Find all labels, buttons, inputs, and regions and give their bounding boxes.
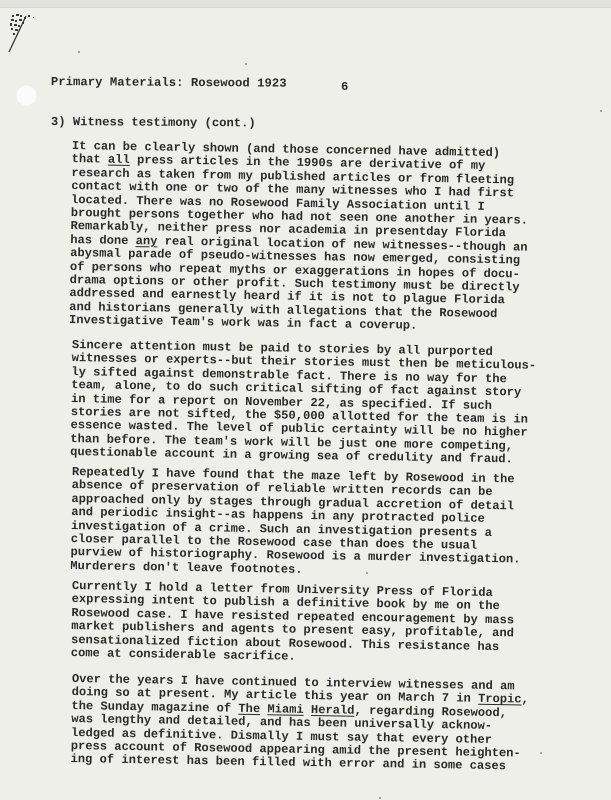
paragraph-press-articles: It can be clearly shown (and those conce… <box>69 140 572 336</box>
scan-top-edge <box>0 0 611 8</box>
paragraph-interviews: Over the years I have continued to inter… <box>70 673 571 775</box>
underlined-text: The <box>238 702 260 716</box>
document-header: Primary Materials: Rosewood 1923 <box>51 75 287 91</box>
binder-punch-hole <box>16 85 37 106</box>
paragraph-sincere-attention: Sincere attention must be paid to storie… <box>70 339 572 468</box>
underlined-text: Tropic <box>478 692 522 707</box>
underlined-text: Miami <box>267 702 304 717</box>
section-heading: 3) Witness testimony (cont.) <box>51 115 256 130</box>
paragraph-maze-investigation: Repeatedly I have found that the maze le… <box>70 466 572 582</box>
paragraph-university-press: Currently I hold a letter from Universit… <box>71 580 572 669</box>
underlined-text: Herald <box>311 703 355 718</box>
scan-speck <box>245 63 247 65</box>
corner-scratch-mark-icon <box>6 12 36 56</box>
scan-speck <box>379 797 381 799</box>
scan-speck <box>78 51 80 53</box>
scan-speck <box>540 752 542 754</box>
scan-speck <box>366 572 368 574</box>
underlined-text: any <box>136 234 158 248</box>
scan-speck <box>600 110 602 112</box>
underlined-text: all <box>108 153 130 167</box>
page-number: 6 <box>341 80 348 94</box>
